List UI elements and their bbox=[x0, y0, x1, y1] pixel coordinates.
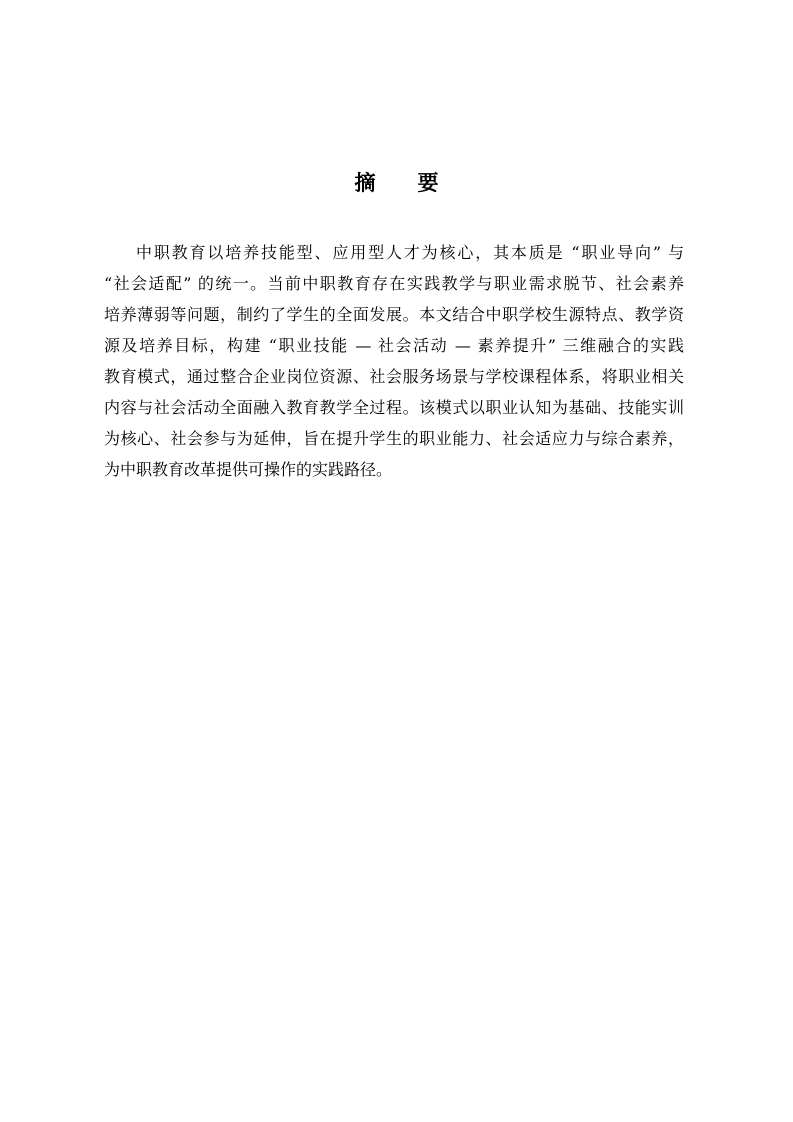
abstract-title: 摘 要 bbox=[0, 168, 793, 198]
abstract-line-2: “社会适配” 的统一。当前中职教育存在实践教学与职业需求脱节、社会素养 bbox=[104, 268, 684, 299]
abstract-line-7: 为核心、社会参与为延伸，旨在提升学生的职业能力、社会适应力与综合素养， bbox=[104, 423, 684, 454]
abstract-line-4: 源及培养目标，构建 “职业技能 — 社会活动 — 素养提升” 三维融合的实践 bbox=[104, 330, 684, 361]
abstract-line-1: 中职教育以培养技能型、应用型人才为核心，其本质是 “职业导向” 与 bbox=[104, 237, 684, 268]
abstract-line-6: 内容与社会活动全面融入教育教学全过程。该模式以职业认知为基础、技能实训 bbox=[104, 392, 684, 423]
abstract-line-8: 为中职教育改革提供可操作的实践路径。 bbox=[104, 454, 684, 485]
abstract-paragraph: 中职教育以培养技能型、应用型人才为核心，其本质是 “职业导向” 与 “社会适配”… bbox=[104, 237, 684, 485]
abstract-line-5: 教育模式，通过整合企业岗位资源、社会服务场景与学校课程体系，将职业相关 bbox=[104, 361, 684, 392]
document-page: 摘 要 中职教育以培养技能型、应用型人才为核心，其本质是 “职业导向” 与 “社… bbox=[0, 0, 793, 1122]
abstract-line-3: 培养薄弱等问题，制约了学生的全面发展。本文结合中职学校生源特点、教学资 bbox=[104, 299, 684, 330]
